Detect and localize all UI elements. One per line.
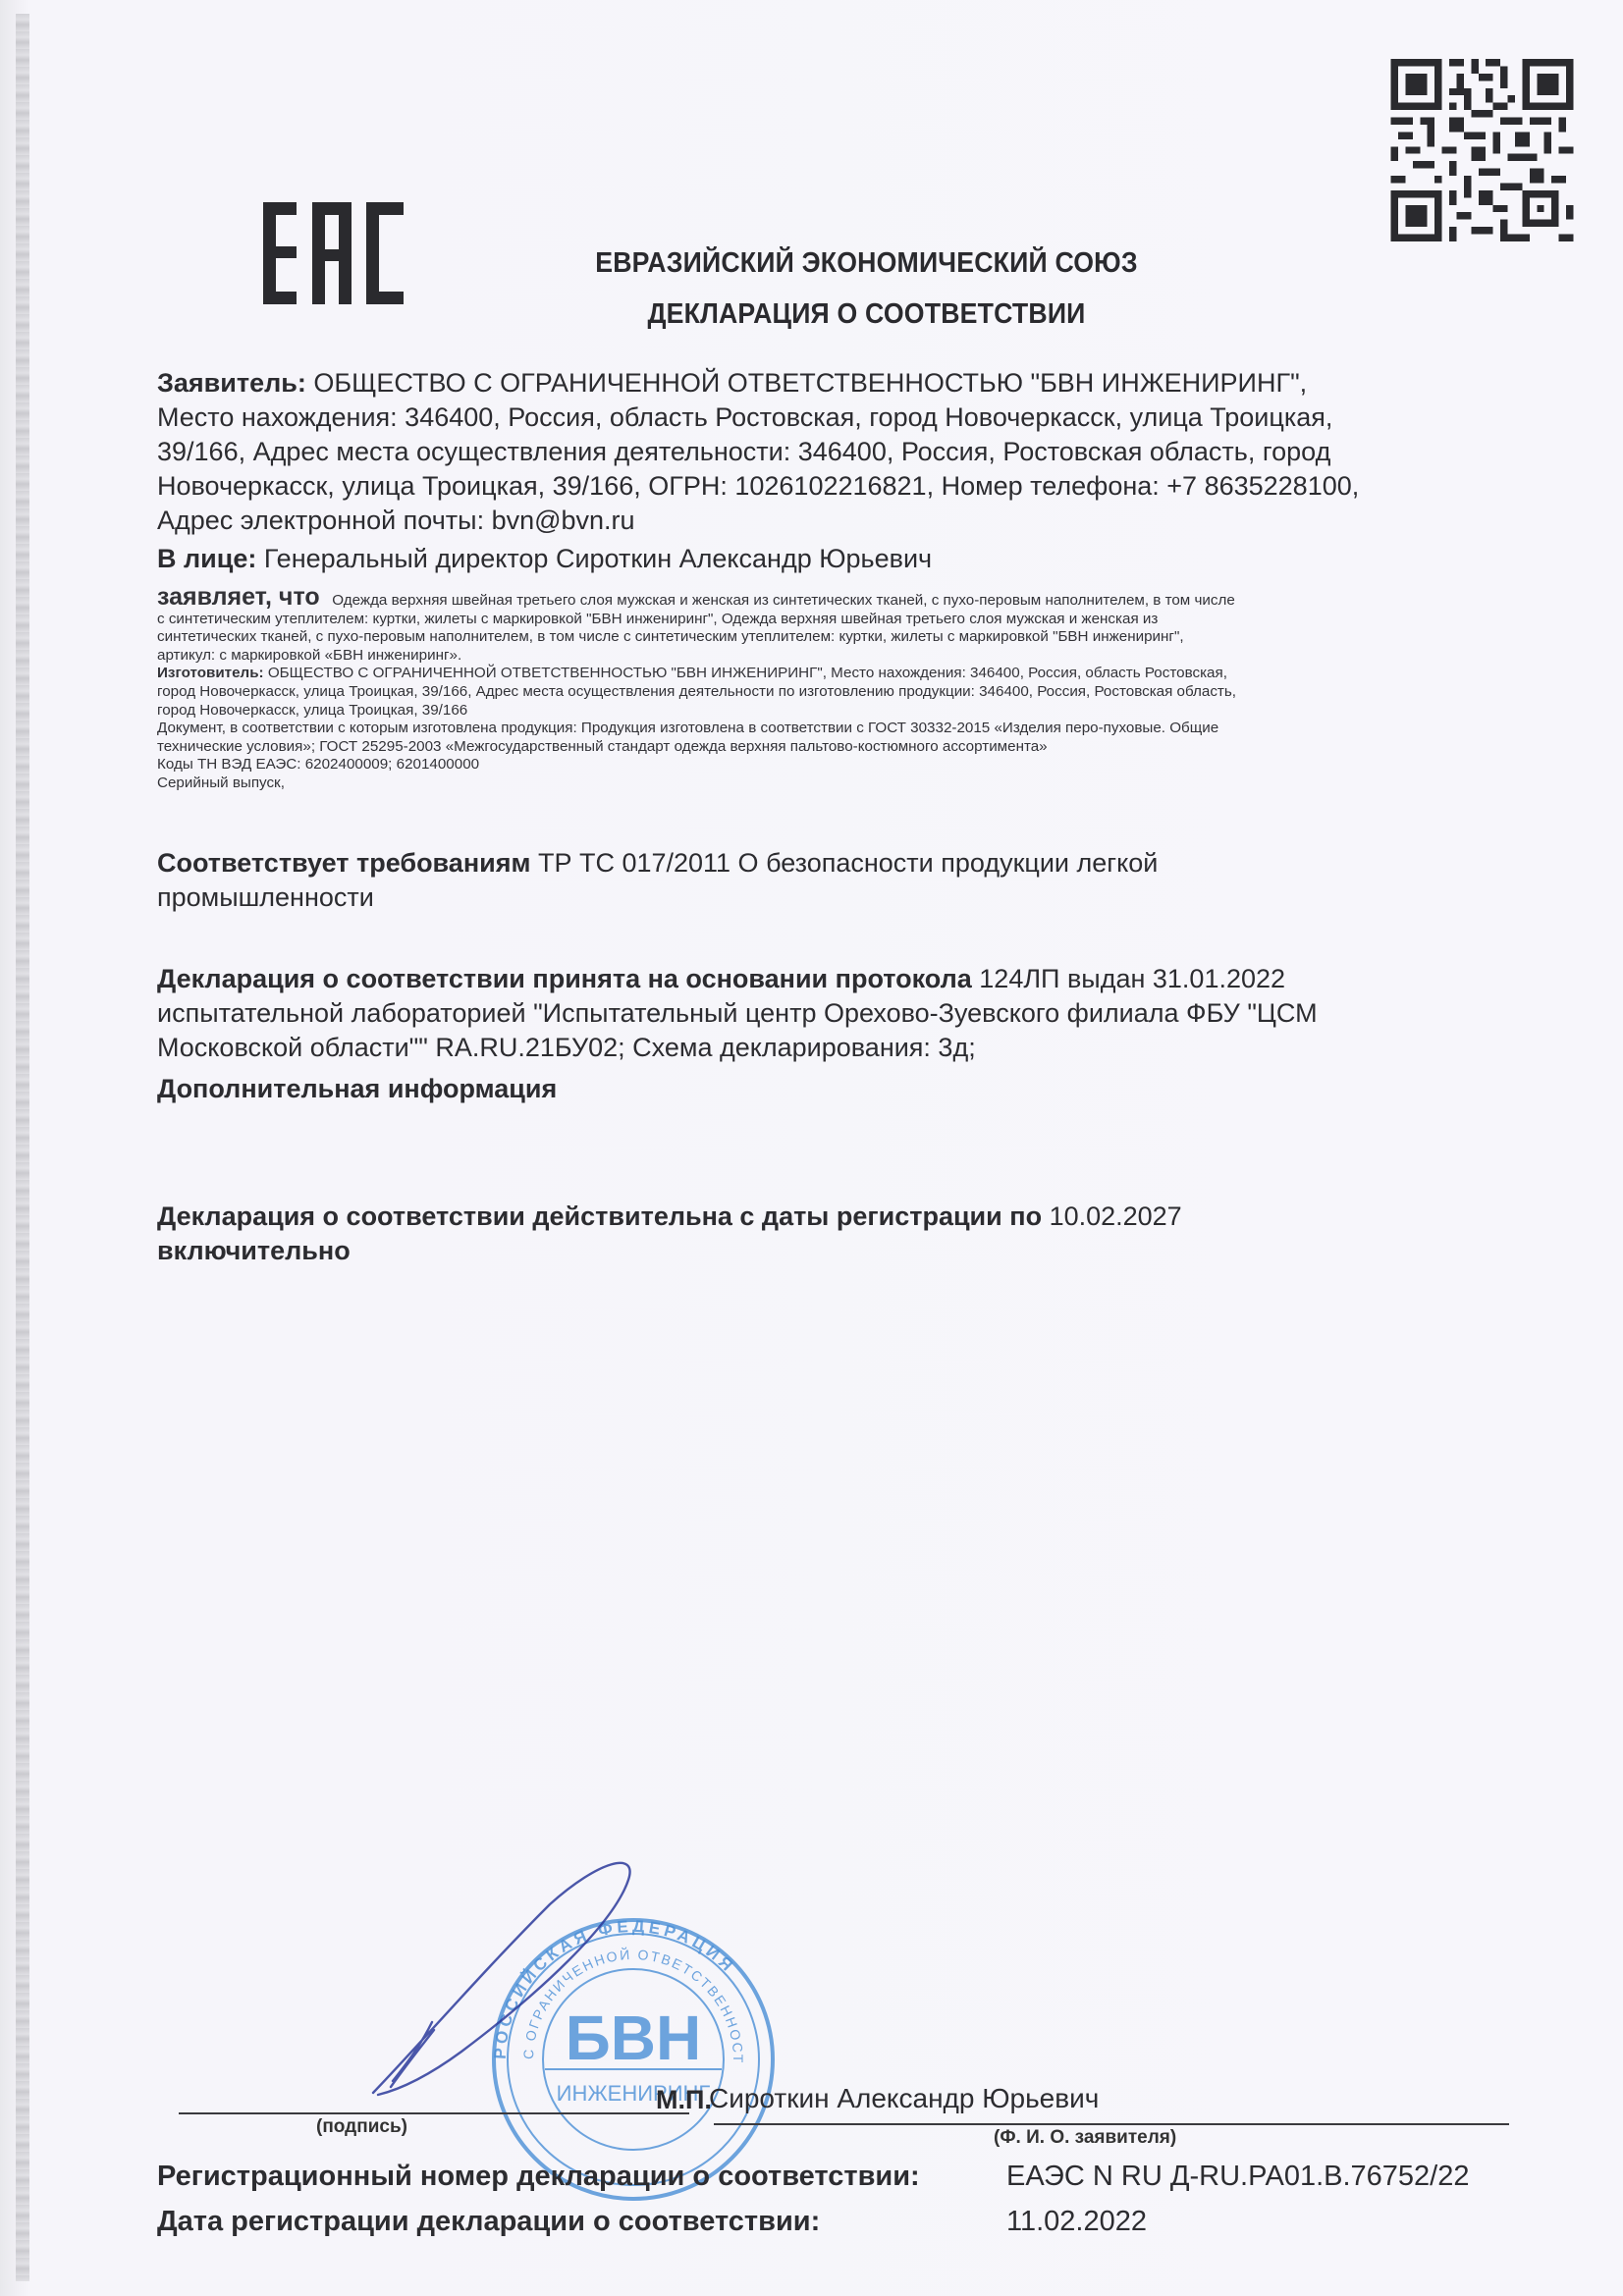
- applicant-label: Заявитель:: [157, 368, 306, 398]
- applicant-name: ОБЩЕСТВО С ОГРАНИЧЕННОЙ ОТВЕТСТВЕННОСТЬЮ…: [306, 368, 1307, 398]
- document-title: ДЕКЛАРАЦИЯ О СООТВЕТСТВИИ: [120, 298, 1613, 331]
- registration-number-label: Регистрационный номер декларации о соотв…: [157, 2159, 920, 2194]
- stamp-place-mark: М.П.: [656, 2085, 712, 2115]
- validity-section: Декларация о соответствии действительна …: [157, 1200, 1532, 1268]
- manufacturer-label: Изготовитель:: [157, 665, 264, 681]
- qr-code-icon[interactable]: [1387, 59, 1577, 241]
- represented-by-label: В лице:: [157, 544, 256, 573]
- signature-line: [179, 2112, 689, 2114]
- declares-label: заявляет, что: [157, 583, 320, 611]
- union-title: ЕВРАЗИЙСКИЙ ЭКОНОМИЧЕСКИЙ СОЮЗ: [120, 247, 1613, 280]
- standards-document-line: технические условия»; ГОСТ 25295-2003 «М…: [157, 738, 1551, 757]
- name-caption: (Ф. И. О. заявителя): [994, 2127, 1176, 2149]
- registration-date-value: 11.02.2022: [1006, 2204, 1147, 2239]
- applicant-email: Адрес электронной почты: bvn@bvn.ru: [157, 504, 1532, 538]
- registration-date-label: Дата регистрации декларации о соответств…: [157, 2204, 820, 2239]
- name-line: [714, 2123, 1509, 2125]
- validity-date: 10.02.2027: [1042, 1201, 1182, 1231]
- laboratory-line: испытательной лабораторией "Испытательны…: [157, 996, 1532, 1031]
- manufacturer-address-line: город Новочеркасск, улица Троицкая, 39/1…: [157, 683, 1551, 702]
- compliance-section: Соответствует требованиям ТР ТС 017/2011…: [157, 846, 1532, 915]
- product-description: Одежда верхняя швейная третьего слоя муж…: [332, 592, 1234, 609]
- basis-label: Декларация о соответствии принята на осн…: [157, 964, 972, 993]
- standards-document: Документ, в соответствии с которым изгот…: [157, 720, 1551, 738]
- registration-number-value: ЕАЭС N RU Д-RU.РА01.В.76752/22: [1006, 2159, 1470, 2194]
- validity-inclusive: включительно: [157, 1234, 1532, 1268]
- signature-caption: (подпись): [316, 2116, 407, 2138]
- applicant-section: Заявитель: ОБЩЕСТВО С ОГРАНИЧЕННОЙ ОТВЕТ…: [157, 366, 1532, 576]
- scan-edge-shadow: [16, 14, 29, 2281]
- technical-regulation: ТР ТС 017/2011 О безопасности продукции …: [530, 848, 1158, 878]
- applicant-address-line: Новочеркасск, улица Троицкая, 39/166, ОГ…: [157, 469, 1532, 504]
- applicant-address-line: Место нахождения: 346400, Россия, област…: [157, 400, 1532, 435]
- protocol-value: 124ЛП выдан 31.01.2022: [972, 964, 1285, 993]
- manufacturer-value: ОБЩЕСТВО С ОГРАНИЧЕННОЙ ОТВЕТСТВЕННОСТЬЮ…: [264, 665, 1227, 681]
- technical-regulation-line: промышленности: [157, 881, 1532, 915]
- product-description-line: синтетических тканей, с пухо-перовым нап…: [157, 628, 1551, 647]
- customs-codes: Коды ТН ВЭД ЕАЭС: 6202400009; 6201400000: [157, 756, 1551, 774]
- applicant-full-name: Сироткин Александр Юрьевич: [709, 2083, 1099, 2114]
- validity-label: Декларация о соответствии действительна …: [157, 1201, 1042, 1231]
- compliance-label: Соответствует требованиям: [157, 848, 530, 878]
- basis-section: Декларация о соответствии принята на осн…: [157, 962, 1532, 1106]
- applicant-address-line: 39/166, Адрес места осуществления деятел…: [157, 435, 1532, 469]
- product-article: артикул: с маркировкой «БВН инжениринг».: [157, 647, 1551, 666]
- handwritten-signature: [363, 1845, 658, 2120]
- represented-by-value: Генеральный директор Сироткин Александр …: [256, 544, 932, 573]
- laboratory-line: Московской области"" RA.RU.21БУ02; Схема…: [157, 1031, 1532, 1065]
- declares-section: заявляет, что Одежда верхняя швейная тре…: [157, 586, 1551, 793]
- additional-info-label: Дополнительная информация: [157, 1072, 1532, 1106]
- document-page: ЕВРАЗИЙСКИЙ ЭКОНОМИЧЕСКИЙ СОЮЗ ДЕКЛАРАЦИ…: [0, 0, 1623, 2296]
- serial-production: Серийный выпуск,: [157, 774, 1551, 793]
- manufacturer-address-line: город Новочеркасск, улица Троицкая, 39/1…: [157, 702, 1551, 721]
- product-description-line: с синтетическим утеплителем: куртки, жил…: [157, 611, 1551, 629]
